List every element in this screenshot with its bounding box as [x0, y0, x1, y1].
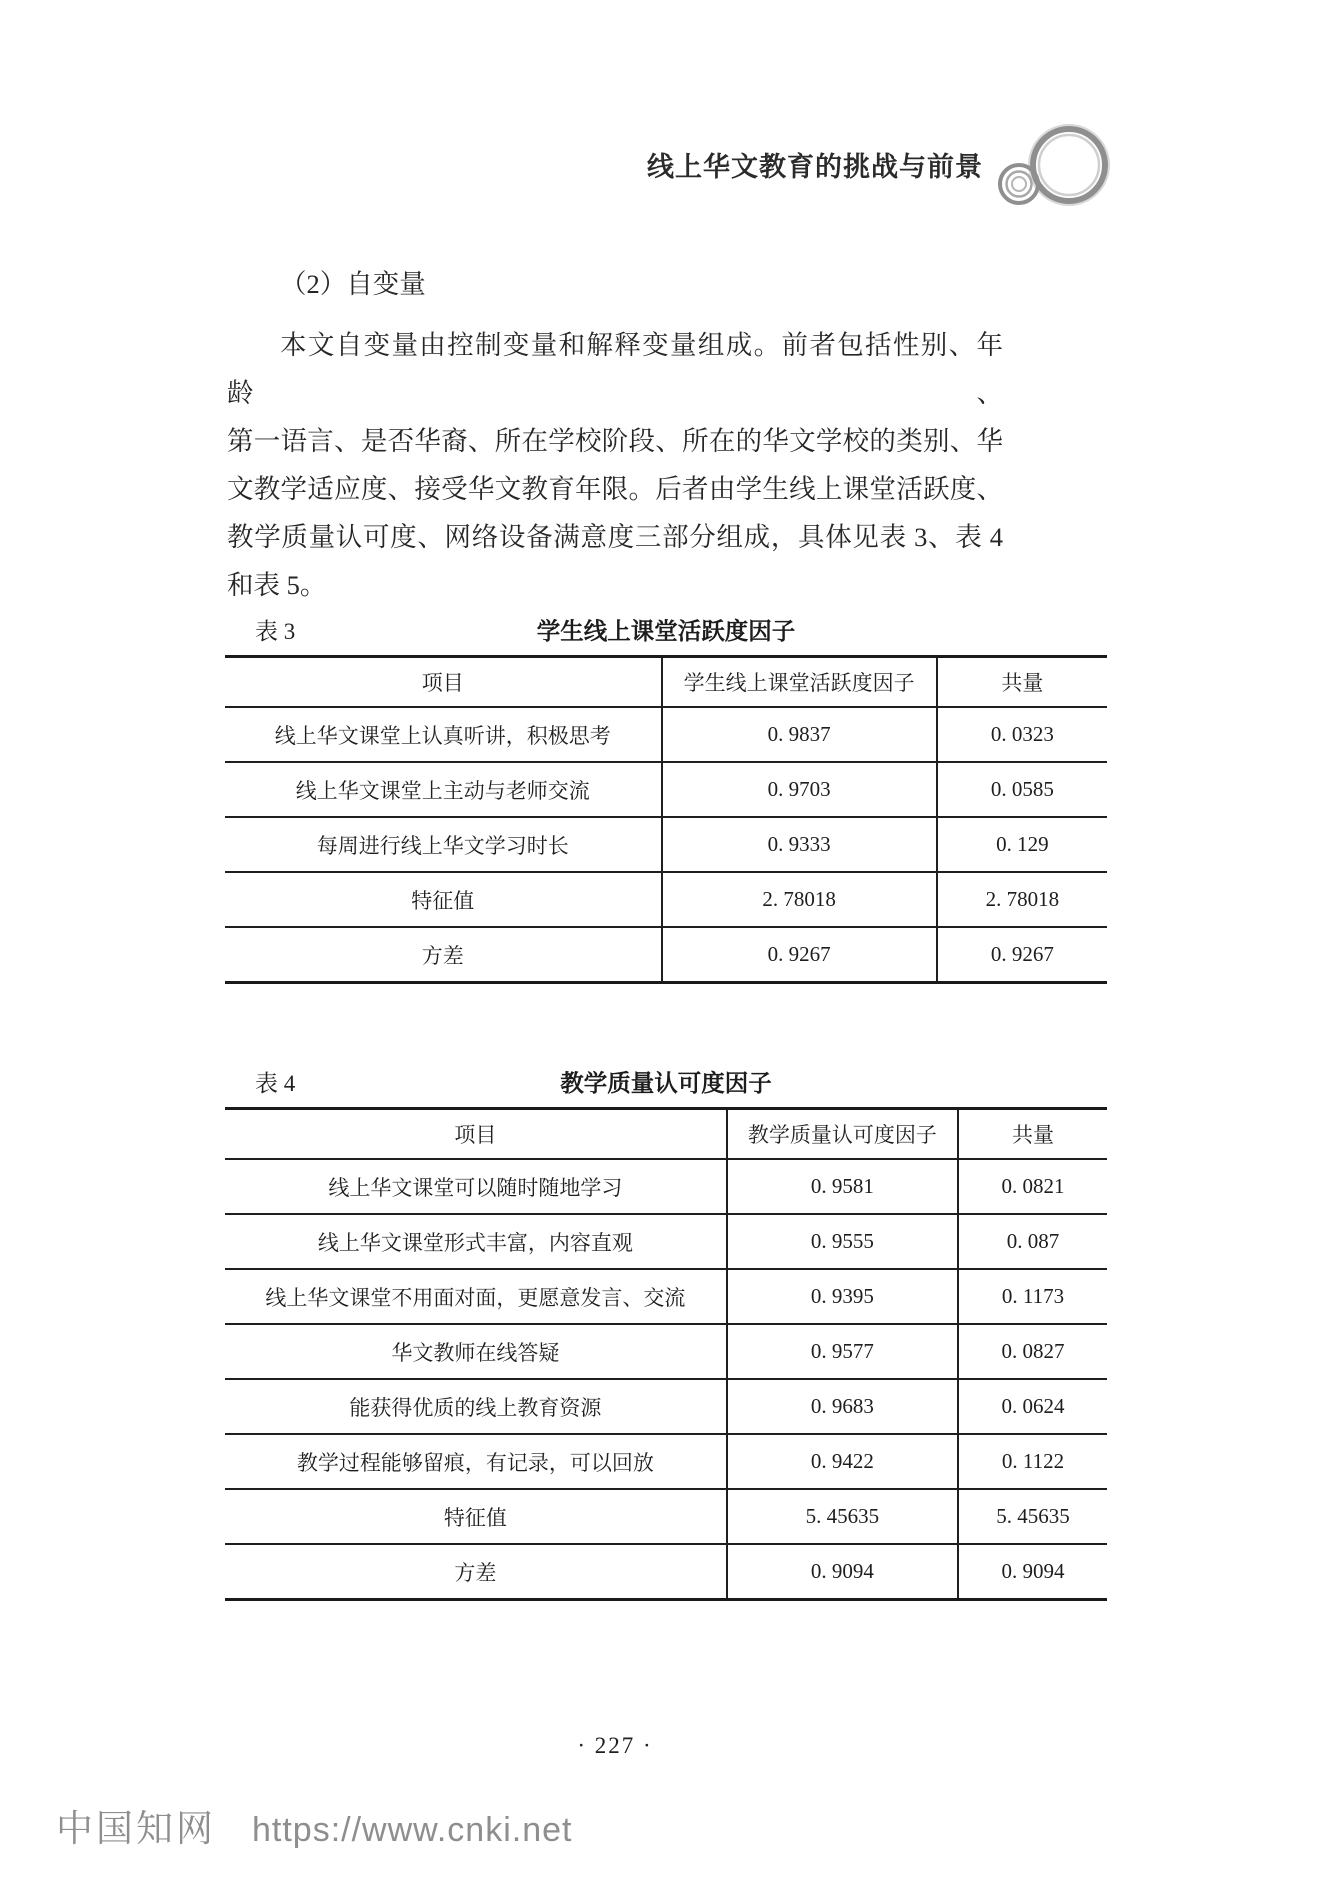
table4-col-header: 教学质量认可度因子 — [727, 1109, 958, 1160]
table-cell: 线上华文课堂上主动与老师交流 — [225, 762, 662, 817]
table-cell: 0. 0827 — [958, 1324, 1107, 1379]
table-row: 线上华文课堂形式丰富，内容直观 0. 9555 0. 087 — [225, 1214, 1107, 1269]
table-cell: 2. 78018 — [937, 872, 1107, 927]
paragraph-line: 第一语言、是否华裔、所在学校阶段、所在的华文学校的类别、华 — [227, 417, 1003, 465]
table-cell: 0. 9555 — [727, 1214, 958, 1269]
table-cell: 方差 — [225, 1544, 727, 1600]
table-cell: 0. 9422 — [727, 1434, 958, 1489]
table3-col-header: 学生线上课堂活跃度因子 — [662, 657, 937, 708]
table-row: 每周进行线上华文学习时长 0. 9333 0. 129 — [225, 817, 1107, 872]
table-cell: 2. 78018 — [662, 872, 937, 927]
cnki-url: https://www.cnki.net — [252, 1811, 572, 1850]
table-row: 线上华文课堂可以随时随地学习 0. 9581 0. 0821 — [225, 1159, 1107, 1214]
table-cell: 华文教师在线答疑 — [225, 1324, 727, 1379]
table-cell: 线上华文课堂形式丰富，内容直观 — [225, 1214, 727, 1269]
table-cell: 教学过程能够留痕，有记录，可以回放 — [225, 1434, 727, 1489]
table-cell: 0. 0323 — [937, 707, 1107, 762]
table-cell: 0. 0585 — [937, 762, 1107, 817]
table-row: 华文教师在线答疑 0. 9577 0. 0827 — [225, 1324, 1107, 1379]
table-cell: 0. 9094 — [958, 1544, 1107, 1600]
table-cell: 5. 45635 — [727, 1489, 958, 1544]
table3-header-row: 项目 学生线上课堂活跃度因子 共量 — [225, 657, 1107, 708]
table-cell: 0. 9703 — [662, 762, 937, 817]
body-text: （2）自变量 本文自变量由控制变量和解释变量组成。前者包括性别、年龄、 第一语言… — [227, 260, 1003, 609]
table-cell: 5. 45635 — [958, 1489, 1107, 1544]
table-row: 线上华文课堂上认真听讲，积极思考 0. 9837 0. 0323 — [225, 707, 1107, 762]
table-cell: 0. 9395 — [727, 1269, 958, 1324]
paragraph-line: 本文自变量由控制变量和解释变量组成。前者包括性别、年龄、 — [227, 321, 1003, 417]
table-row: 教学过程能够留痕，有记录，可以回放 0. 9422 0. 1122 — [225, 1434, 1107, 1489]
footer-watermark: 中国知网 https://www.cnki.net — [56, 1798, 572, 1852]
section-heading: （2）自变量 — [227, 260, 1003, 308]
table-cell: 线上华文课堂上认真听讲，积极思考 — [225, 707, 662, 762]
table-cell: 0. 1122 — [958, 1434, 1107, 1489]
table-cell: 0. 9683 — [727, 1379, 958, 1434]
table-cell: 特征值 — [225, 872, 662, 927]
table-cell: 0. 087 — [958, 1214, 1107, 1269]
table-row: 特征值 2. 78018 2. 78018 — [225, 872, 1107, 927]
table-cell: 特征值 — [225, 1489, 727, 1544]
paragraph-line: 和表 5。 — [227, 561, 1003, 609]
table-cell: 0. 9333 — [662, 817, 937, 872]
table4-block: 表 4 教学质量认可度因子 项目 教学质量认可度因子 共量 线上华文课堂可以随时… — [225, 1068, 1107, 1601]
table-cell: 0. 129 — [937, 817, 1107, 872]
table3-caption-title: 学生线上课堂活跃度因子 — [225, 616, 1107, 647]
table-cell: 0. 9267 — [662, 927, 937, 983]
table3-col-header: 项目 — [225, 657, 662, 708]
table-cell: 线上华文课堂不用面对面，更愿意发言、交流 — [225, 1269, 727, 1324]
table4-caption-title: 教学质量认可度因子 — [225, 1068, 1107, 1099]
table3: 项目 学生线上课堂活跃度因子 共量 线上华文课堂上认真听讲，积极思考 0. 98… — [225, 655, 1107, 984]
table3-block: 表 3 学生线上课堂活跃度因子 项目 学生线上课堂活跃度因子 共量 线上华文课堂… — [225, 616, 1107, 984]
table-cell: 0. 1173 — [958, 1269, 1107, 1324]
cnki-brand: 中国知网 — [56, 1798, 216, 1852]
table-cell: 线上华文课堂可以随时随地学习 — [225, 1159, 727, 1214]
running-header-title: 线上华文教育的挑战与前景 — [647, 150, 983, 184]
table-cell: 方差 — [225, 927, 662, 983]
table-row: 线上华文课堂不用面对面，更愿意发言、交流 0. 9395 0. 1173 — [225, 1269, 1107, 1324]
table-row: 线上华文课堂上主动与老师交流 0. 9703 0. 0585 — [225, 762, 1107, 817]
table4: 项目 教学质量认可度因子 共量 线上华文课堂可以随时随地学习 0. 9581 0… — [225, 1107, 1107, 1601]
document-page: 线上华文教育的挑战与前景 （2）自变量 本文自变量由控制变量和解释变量组成。前者… — [0, 0, 1338, 1890]
table-cell: 0. 9837 — [662, 707, 937, 762]
table-cell: 0. 0624 — [958, 1379, 1107, 1434]
table-cell: 0. 9267 — [937, 927, 1107, 983]
table-row: 能获得优质的线上教育资源 0. 9683 0. 0624 — [225, 1379, 1107, 1434]
table-cell: 能获得优质的线上教育资源 — [225, 1379, 727, 1434]
paragraph-line: 文教学适应度、接受华文教育年限。后者由学生线上课堂活跃度、 — [227, 465, 1003, 513]
table-cell: 0. 0821 — [958, 1159, 1107, 1214]
table4-caption: 表 4 教学质量认可度因子 — [225, 1068, 1107, 1099]
table-row: 特征值 5. 45635 5. 45635 — [225, 1489, 1107, 1544]
table3-caption: 表 3 学生线上课堂活跃度因子 — [225, 616, 1107, 647]
table3-col-header: 共量 — [937, 657, 1107, 708]
table-row: 方差 0. 9094 0. 9094 — [225, 1544, 1107, 1600]
table-cell: 每周进行线上华文学习时长 — [225, 817, 662, 872]
table-cell: 0. 9094 — [727, 1544, 958, 1600]
table-cell: 0. 9581 — [727, 1159, 958, 1214]
table4-col-header: 共量 — [958, 1109, 1107, 1160]
table4-col-header: 项目 — [225, 1109, 727, 1160]
paragraph-line: 教学质量认可度、网络设备满意度三部分组成，具体见表 3、表 4 — [227, 513, 1003, 561]
table4-header-row: 项目 教学质量认可度因子 共量 — [225, 1109, 1107, 1160]
paragraph: 本文自变量由控制变量和解释变量组成。前者包括性别、年龄、 第一语言、是否华裔、所… — [227, 321, 1003, 609]
table-row: 方差 0. 9267 0. 9267 — [225, 927, 1107, 983]
table-cell: 0. 9577 — [727, 1324, 958, 1379]
page-number: · 227 · — [227, 1733, 1003, 1759]
rings-logo-icon — [996, 118, 1116, 210]
